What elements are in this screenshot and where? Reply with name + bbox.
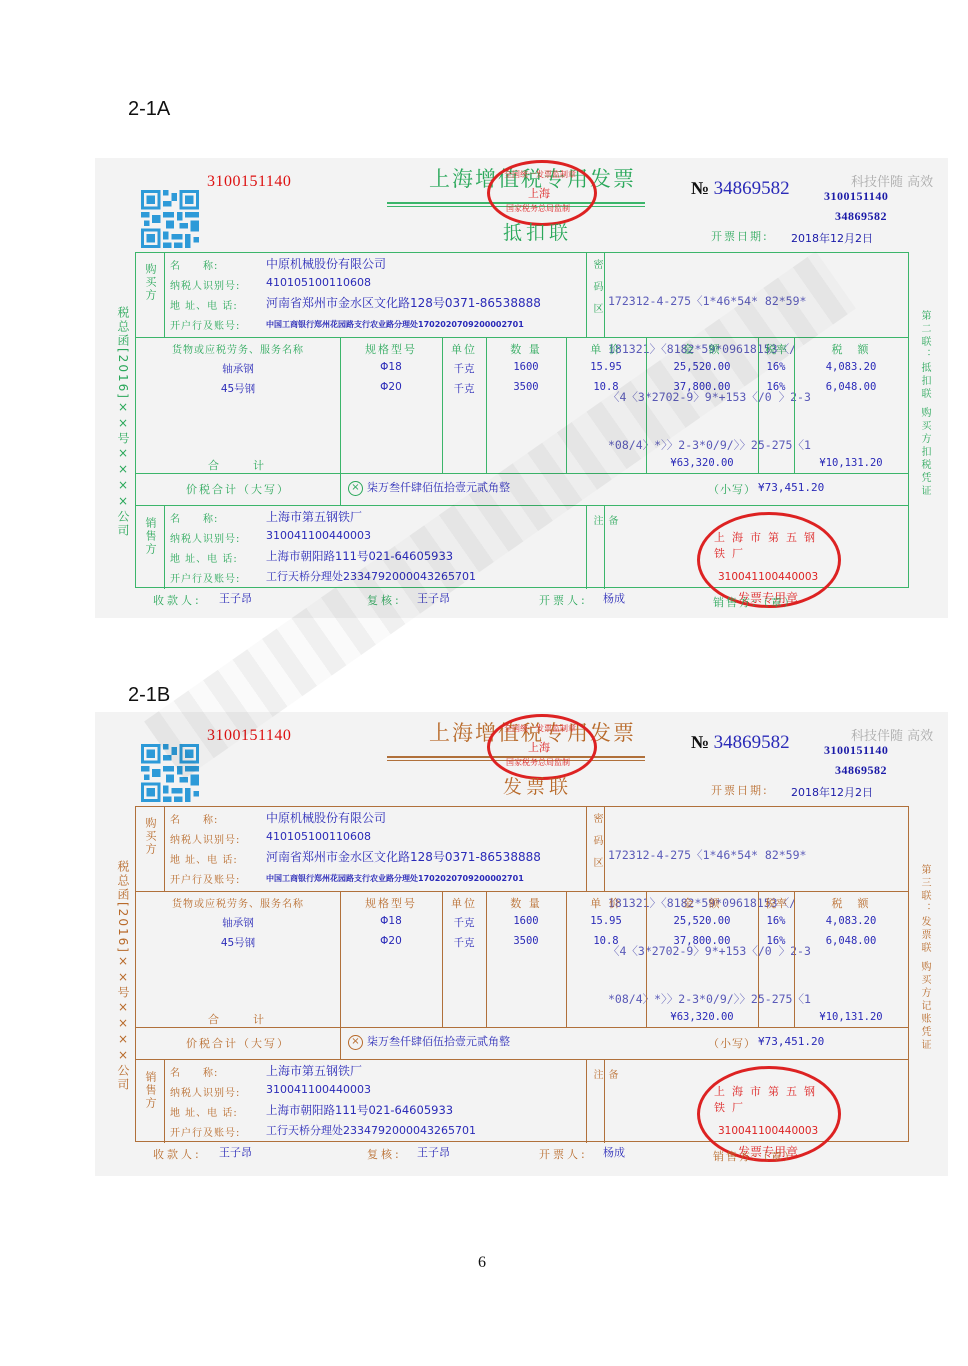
invoice-element: 1600 <box>486 361 566 373</box>
seller-name-label: 名 称: <box>170 510 218 525</box>
col-header-spec: 规格型号 <box>340 895 442 911</box>
invoice-element <box>171 193 177 201</box>
seller-taxid: 310041100440003 <box>266 1083 371 1096</box>
invoice-deduction-copy: 3100151140 上海增值税专用发票 全国统一发票监制章 上海 国家税务总局… <box>95 158 948 618</box>
invoice-element <box>163 796 171 802</box>
date-label: 开票日期: <box>711 228 769 244</box>
grid-line <box>136 505 908 506</box>
invoice-element: 千克 <box>442 915 486 930</box>
invoice-element <box>152 769 160 777</box>
date-value: 2018年12月2日 <box>791 784 873 800</box>
grid-line <box>586 807 587 891</box>
seller-section-label: 销售方 <box>142 517 158 556</box>
invoice-number: 34869582 <box>714 178 790 199</box>
invoice-element <box>191 774 199 785</box>
invoice-element: 柒万叁仟肆佰伍拾壹元贰角整 <box>367 1035 510 1048</box>
invoice-element <box>152 215 160 223</box>
invoice-element <box>163 190 169 196</box>
grand-total-uppercase: ×柒万叁仟肆佰伍拾壹元贰角整 <box>348 1033 510 1050</box>
invoice-element <box>171 234 182 240</box>
seller-seal-label: 销售方:（章） <box>713 1148 797 1164</box>
buyer-name: 中原机械股份有限公司 <box>266 809 386 826</box>
grid-line <box>604 253 605 337</box>
invoice-element <box>163 212 174 218</box>
buyer-taxid: 410105100110608 <box>266 830 371 843</box>
buyer-section-label: 购买方 <box>142 263 158 302</box>
date-value: 2018年12月2日 <box>791 230 873 246</box>
grid-line <box>566 891 567 1027</box>
tax-bureau-stamp: 全国统一发票监制章 上海 国家税务总局监制 <box>487 160 597 226</box>
invoice-element: 10.8 <box>566 935 646 947</box>
invoice-element: 国家税务总局监制 <box>506 203 570 214</box>
invoice-code-small: 3100151140 <box>824 189 888 204</box>
buyer-section-label: 购买方 <box>142 817 158 856</box>
invoice-element: 全国统一发票监制章 <box>504 169 576 180</box>
col-header-amount: 金 额 <box>646 895 758 911</box>
invoice-element: 45号钢 <box>140 381 336 396</box>
payee-label: 收款人: <box>153 1146 202 1162</box>
invoice-element <box>163 744 169 750</box>
cross-circle-icon: × <box>348 481 363 496</box>
invoice-element: 15.95 <box>566 361 646 373</box>
invoice-element: 千克 <box>442 935 486 950</box>
invoice-element: 6,048.00 <box>794 935 908 947</box>
reviewer-label: 复核: <box>367 1146 402 1162</box>
col-header-qty: 数 量 <box>486 895 566 911</box>
seller-bank-label: 开户行及账号: <box>170 1124 240 1139</box>
invoice-element: *08/4〉*〉〉2-3*0/9/〉〉25-275〈1 <box>608 437 811 453</box>
grid-line <box>586 1059 587 1143</box>
date-label: 开票日期: <box>711 782 769 798</box>
invoice-element <box>139 744 201 802</box>
section-label-2-1a: 2-1A <box>128 98 170 121</box>
invoice-element: 45号钢 <box>140 935 336 950</box>
invoice-element <box>185 234 191 248</box>
invoice-element <box>163 231 169 239</box>
invoice-element <box>177 766 183 774</box>
qr-code-icon <box>139 744 201 802</box>
invoice-element <box>163 755 171 761</box>
col-header-name: 货物或应税劳务、服务名称 <box>140 895 336 910</box>
invoice-element <box>177 212 183 220</box>
grand-total-label: 价税合计（大写） <box>140 1035 336 1051</box>
invoice-element <box>147 234 155 242</box>
invoice-element <box>171 747 177 755</box>
invoice-element <box>144 220 150 226</box>
invoice-element: 全国统一发票监制章 <box>504 723 576 734</box>
invoice-element: 4,083.20 <box>794 915 908 927</box>
seller-name: 上海市第五钢铁厂 <box>266 508 362 525</box>
invoice-element: 轴承钢 <box>140 361 336 376</box>
invoice-element: 上海 <box>528 185 550 201</box>
tax-bureau-stamp: 全国统一发票监制章 上海 国家税务总局监制 <box>487 714 597 780</box>
invoice-number-block: № 34869582 <box>691 732 790 754</box>
buyer-address: 河南省郑州市金水区文化路128号0371-86538888 <box>266 848 541 865</box>
invoice-element: 25,520.00 <box>646 361 758 373</box>
top-watermark: 科技伴随 高效 <box>851 171 933 190</box>
buyer-name: 中原机械股份有限公司 <box>266 255 386 272</box>
grid-line <box>758 337 759 473</box>
invoice-element: Φ20 <box>340 381 442 393</box>
page-number: 6 <box>478 1254 486 1272</box>
invoice-element <box>141 212 149 218</box>
buyer-taxid-label: 纳税人识别号: <box>170 831 240 846</box>
invoice-number-small: 34869582 <box>835 763 887 778</box>
grid-line <box>136 337 908 338</box>
invoice-element <box>166 774 174 782</box>
grid-line <box>794 337 795 473</box>
invoice-element <box>174 796 182 802</box>
left-margin-text: 税总函[2016]××号××××公司 <box>115 306 132 538</box>
drawer-name: 杨成 <box>603 590 625 606</box>
invoice-element <box>141 766 149 772</box>
grand-total-uppercase: ×柒万叁仟肆佰伍拾壹元贰角整 <box>348 479 510 496</box>
reviewer-name: 王子昂 <box>417 1144 450 1160</box>
invoice-element: 37,800.00 <box>646 381 758 393</box>
invoice-element: 16% <box>758 361 794 373</box>
invoice-element <box>193 791 199 797</box>
right-margin-text: 第三联：发票联 购买方记账凭证 <box>917 864 932 1052</box>
total-label: 合 计 <box>140 457 336 473</box>
invoice-element: 6,048.00 <box>794 381 908 393</box>
grid-line <box>164 1059 165 1143</box>
seller-bank-label: 开户行及账号: <box>170 570 240 585</box>
invoice-element: 1600 <box>486 915 566 927</box>
top-watermark: 科技伴随 高效 <box>851 725 933 744</box>
invoice-element <box>180 777 188 783</box>
payee-name: 王子昂 <box>219 590 252 606</box>
invoice-element <box>180 223 188 229</box>
col-header-price: 单 价 <box>566 895 646 911</box>
cross-circle-icon: × <box>348 1035 363 1050</box>
invoice-code: 3100151140 <box>207 727 291 745</box>
buyer-name-label: 名 称: <box>170 811 218 826</box>
grid-line <box>136 1059 908 1060</box>
buyer-taxid: 410105100110608 <box>266 276 371 289</box>
lowercase-label: （小写） <box>708 481 756 497</box>
invoice-element: 千克 <box>442 381 486 396</box>
seller-name: 上海市第五钢铁厂 <box>266 1062 362 1079</box>
copy-name: 发票联 <box>503 772 572 799</box>
invoice-number: 34869582 <box>714 732 790 753</box>
invoice-element: Φ18 <box>340 361 442 373</box>
remarks-label: 备注 <box>589 1069 619 1141</box>
invoice-element: 上海 <box>528 739 550 755</box>
invoice-number-block: № 34869582 <box>691 178 790 200</box>
seller-taxid-label: 纳税人识别号: <box>170 530 240 545</box>
col-header-rate: 税率 <box>758 341 794 357</box>
invoice-element <box>147 788 155 796</box>
grid-line <box>442 337 443 473</box>
invoice-element: 37,800.00 <box>646 935 758 947</box>
col-header-price: 单 价 <box>566 341 646 357</box>
grand-total-label: 价税合计（大写） <box>140 481 336 497</box>
grid-line <box>164 253 165 337</box>
col-header-unit: 单位 <box>442 895 486 911</box>
seller-taxid-label: 纳税人识别号: <box>170 1084 240 1099</box>
drawer-name: 杨成 <box>603 1144 625 1160</box>
grid-line <box>566 337 567 473</box>
invoice-element <box>171 788 182 794</box>
invoice-element <box>174 242 182 248</box>
seller-address-label: 地 址、电 话: <box>170 550 238 565</box>
invoice-element <box>163 766 174 772</box>
grid-line <box>758 891 759 1027</box>
remarks-label: 备注 <box>589 515 619 587</box>
col-header-tax: 税 额 <box>794 341 908 357</box>
seller-seal-label: 销售方:（章） <box>713 594 797 610</box>
invoice-element: 上海市第五钢铁厂 <box>714 529 838 561</box>
col-header-tax: 税 额 <box>794 895 908 911</box>
invoice-element <box>191 220 199 231</box>
total-label: 合 计 <box>140 1011 336 1027</box>
invoice-code-small: 3100151140 <box>824 743 888 758</box>
cipher-text: 172312-4-275〈1*46*54* 82*59* 181321〉〈818… <box>608 261 811 485</box>
invoice-number-small: 34869582 <box>835 209 887 224</box>
grid-line <box>486 337 487 473</box>
invoice-element: Φ18 <box>340 915 442 927</box>
invoice-element: 16% <box>758 935 794 947</box>
invoice-element <box>163 201 171 207</box>
invoice-element: 柒万叁仟肆佰伍拾壹元贰角整 <box>367 481 510 494</box>
total-tax: ¥10,131.20 <box>794 1011 908 1023</box>
drawer-label: 开票人: <box>539 1146 588 1162</box>
invoice-code: 3100151140 <box>207 173 291 191</box>
grid-line <box>586 253 587 337</box>
lowercase-label: （小写） <box>708 1035 756 1051</box>
grid-line <box>604 807 605 891</box>
invoice-element: 千克 <box>442 361 486 376</box>
right-margin-text: 第二联：抵扣联 购买方扣税凭证 <box>917 310 932 498</box>
invoice-element <box>193 237 199 243</box>
grand-total-lowercase: ¥73,451.20 <box>758 1035 824 1048</box>
number-symbol: № <box>691 732 709 752</box>
grid-line <box>136 473 908 474</box>
seller-bank: 工行天桥分理处2334792000043265701 <box>266 1122 476 1138</box>
grid-line <box>136 891 908 892</box>
invoice-element <box>139 190 201 248</box>
invoice-element: 172312-4-275〈1*46*54* 82*59* <box>608 847 811 863</box>
grid-line <box>136 1027 908 1028</box>
total-amount: ¥63,320.00 <box>646 457 758 469</box>
invoice-element <box>185 766 199 772</box>
left-margin-text: 税总函[2016]××号××××公司 <box>115 860 132 1092</box>
col-header-unit: 单位 <box>442 341 486 357</box>
invoice-element: 310041100440003 <box>718 1125 818 1137</box>
invoice-element: *08/4〉*〉〉2-3*0/9/〉〉25-275〈1 <box>608 991 811 1007</box>
qr-code-icon <box>139 190 201 248</box>
cipher-text: 172312-4-275〈1*46*54* 82*59* 181321〉〈818… <box>608 815 811 1039</box>
seller-bank: 工行天桥分理处2334792000043265701 <box>266 568 476 584</box>
grid-line <box>486 891 487 1027</box>
invoice-element: Φ20 <box>340 935 442 947</box>
grid-line <box>164 505 165 589</box>
invoice-element <box>144 774 150 780</box>
invoice-element <box>163 785 169 793</box>
drawer-label: 开票人: <box>539 592 588 608</box>
buyer-bank-label: 开户行及账号: <box>170 317 240 332</box>
seller-name-label: 名 称: <box>170 1064 218 1079</box>
seller-section-label: 销售方 <box>142 1071 158 1110</box>
invoice-element: 3500 <box>486 381 566 393</box>
invoice-element <box>185 788 191 802</box>
grid-line <box>794 891 795 1027</box>
grid-line <box>646 337 647 473</box>
invoice-invoice-copy: 3100151140 上海增值税专用发票 全国统一发票监制章 上海 国家税务总局… <box>95 712 948 1176</box>
seller-address: 上海市朝阳路111号021-64605933 <box>266 548 453 564</box>
invoice-element: 310041100440003 <box>718 571 818 583</box>
col-header-qty: 数 量 <box>486 341 566 357</box>
invoice-element: 轴承钢 <box>140 915 336 930</box>
grand-total-lowercase: ¥73,451.20 <box>758 481 824 494</box>
seller-address: 上海市朝阳路111号021-64605933 <box>266 1102 453 1118</box>
grid-line <box>646 891 647 1027</box>
invoice-element: 3500 <box>486 935 566 947</box>
col-header-rate: 税率 <box>758 895 794 911</box>
buyer-address-label: 地 址、电 话: <box>170 851 238 866</box>
section-label-2-1b: 2-1B <box>128 684 170 707</box>
buyer-bank-label: 开户行及账号: <box>170 871 240 886</box>
buyer-taxid-label: 纳税人识别号: <box>170 277 240 292</box>
cipher-area-label: 密码区 <box>589 259 604 325</box>
invoice-element: 15.95 <box>566 915 646 927</box>
invoice-element <box>147 196 155 204</box>
col-header-spec: 规格型号 <box>340 341 442 357</box>
invoice-element: 16% <box>758 915 794 927</box>
grid-line <box>442 891 443 1027</box>
number-symbol: № <box>691 178 709 198</box>
buyer-bank: 中国工商银行郑州花园路支行农业路分理处1702020709200002701 <box>266 319 524 330</box>
cipher-area-label: 密码区 <box>589 813 604 879</box>
invoice-element <box>185 196 193 204</box>
invoice-element <box>163 242 171 248</box>
invoice-element <box>166 220 174 228</box>
seller-taxid: 310041100440003 <box>266 529 371 542</box>
invoice-element: 172312-4-275〈1*46*54* 82*59* <box>608 293 811 309</box>
grid-line <box>164 807 165 891</box>
invoice-element: 国家税务总局监制 <box>506 757 570 768</box>
buyer-bank: 中国工商银行郑州花园路支行农业路分理处1702020709200002701 <box>266 873 524 884</box>
buyer-address-label: 地 址、电 话: <box>170 297 238 312</box>
invoice-element: 上海市第五钢铁厂 <box>714 1083 838 1115</box>
invoice-element: 4,083.20 <box>794 361 908 373</box>
copy-name: 抵扣联 <box>503 218 572 245</box>
col-header-amount: 金 额 <box>646 341 758 357</box>
invoice-element <box>185 750 193 758</box>
invoice-element: 16% <box>758 381 794 393</box>
buyer-address: 河南省郑州市金水区文化路128号0371-86538888 <box>266 294 541 311</box>
col-header-name: 货物或应税劳务、服务名称 <box>140 341 336 356</box>
invoice-element: 25,520.00 <box>646 915 758 927</box>
total-amount: ¥63,320.00 <box>646 1011 758 1023</box>
seller-address-label: 地 址、电 话: <box>170 1104 238 1119</box>
buyer-name-label: 名 称: <box>170 257 218 272</box>
payee-label: 收款人: <box>153 592 202 608</box>
reviewer-name: 王子昂 <box>417 590 450 606</box>
reviewer-label: 复核: <box>367 592 402 608</box>
payee-name: 王子昂 <box>219 1144 252 1160</box>
invoice-element: 10.8 <box>566 381 646 393</box>
total-tax: ¥10,131.20 <box>794 457 908 469</box>
invoice-element <box>185 212 199 218</box>
grid-line <box>586 505 587 589</box>
invoice-element <box>147 750 155 758</box>
